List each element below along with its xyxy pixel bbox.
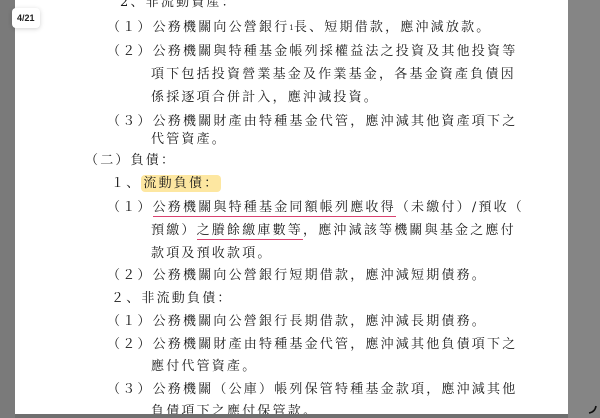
nc-liab-item-1: （１）公務機關向公營銀行長期借款，應沖減長期債務。 bbox=[107, 313, 487, 331]
heading-liabilities: （二）負債： bbox=[85, 152, 176, 170]
heading-current-liabilities: １、流動負債： bbox=[111, 175, 221, 193]
line-text: 長、短期借款，應沖減放款。 bbox=[294, 20, 492, 35]
highlight-current-liabilities[interactable]: 流動負債： bbox=[141, 175, 221, 192]
line-text: （二）負債： bbox=[85, 153, 176, 168]
line-text: （２）公務機關財產由特種基金代管，應沖減其他負債項下之 bbox=[107, 337, 517, 352]
item-1-loans: （１）公務機關向公營銀行1長、短期借款，應沖減放款。 bbox=[107, 19, 491, 37]
page-bottom-edge bbox=[15, 414, 568, 418]
item-2-cont-1: 項下包括投資營業基金及作業基金，各基金資產負債因 bbox=[151, 66, 516, 84]
resize-handle-icon[interactable] bbox=[588, 404, 598, 414]
nc-liab-item-2-cont: 應付代管資產。 bbox=[151, 358, 257, 376]
line-text: 預繳） bbox=[151, 223, 197, 238]
viewer-right-margin bbox=[568, 0, 600, 418]
line-text: 款項及預收款項。 bbox=[151, 246, 273, 261]
line-text: （２）公務機關向公營銀行短期借款，應沖減短期債務。 bbox=[107, 268, 487, 283]
nc-liab-item-3: （３）公務機關（公庫）帳列保管特種基金款項，應沖減其他 bbox=[107, 381, 517, 399]
line-text: ，應沖減該等機關與基金之應付 bbox=[303, 223, 516, 238]
item-2-cont-2: 係採逐項合併計入，應沖減投資。 bbox=[151, 89, 379, 107]
line-text: （１）公務機關向公營銀行長期借款，應沖減長期債務。 bbox=[107, 314, 487, 329]
line-text: （１）公務機關向公營銀行 bbox=[107, 20, 289, 35]
item-3-custody-assets: （３）公務機關財產由特種基金代管，應沖減其他資產項下之 bbox=[107, 113, 517, 131]
underline-annotation-2[interactable]: 之賸餘繳庫數等 bbox=[197, 223, 303, 240]
liab-item-2-short-term: （２）公務機關向公營銀行短期借款，應沖減短期債務。 bbox=[107, 267, 487, 285]
liab-item-1: （１）公務機關與特種基金同額帳列應收得（未繳付）/預收（ bbox=[107, 199, 524, 217]
underline-annotation-1[interactable]: 公務機關與特種基金同額帳列應收得 bbox=[153, 200, 396, 217]
liab-item-1-cont-1: 預繳）之賸餘繳庫數等，應沖減該等機關與基金之應付 bbox=[151, 222, 516, 240]
line-text: 應付代管資產。 bbox=[151, 359, 257, 374]
viewer-left-margin bbox=[0, 0, 15, 418]
line-text: 係採逐項合併計入，應沖減投資。 bbox=[151, 90, 379, 105]
line-text: （未繳付）/預收（ bbox=[396, 200, 524, 215]
line-text: １、 bbox=[111, 176, 141, 191]
line-text: （３）公務機關財產由特種基金代管，應沖減其他資產項下之 bbox=[107, 114, 517, 129]
line-text: 代管資產。 bbox=[151, 132, 227, 147]
line-text: （２）公務機關與特種基金帳列採權益法之投資及其他投資等 bbox=[107, 44, 517, 59]
document-page: 2、非流動資產： （１）公務機關向公營銀行1長、短期借款，應沖減放款。 （２）公… bbox=[15, 0, 568, 418]
line-text: （１） bbox=[107, 200, 153, 215]
line-text: 2、非流動資產： bbox=[120, 0, 237, 10]
item-3-cont: 代管資產。 bbox=[151, 131, 227, 149]
heading-non-current-assets: 2、非流動資產： bbox=[120, 0, 237, 12]
nc-liab-item-2: （２）公務機關財產由特種基金代管，應沖減其他負債項下之 bbox=[107, 336, 517, 354]
item-2-investments: （２）公務機關與特種基金帳列採權益法之投資及其他投資等 bbox=[107, 43, 517, 61]
line-text: ２、非流動負債： bbox=[111, 291, 233, 306]
liab-item-1-cont-2: 款項及預收款項。 bbox=[151, 245, 273, 263]
heading-non-current-liabilities: ２、非流動負債： bbox=[111, 290, 233, 308]
page-indicator: 4/21 bbox=[12, 8, 40, 28]
line-text: 項下包括投資營業基金及作業基金，各基金資產負債因 bbox=[151, 67, 516, 82]
line-text: （３）公務機關（公庫）帳列保管特種基金款項，應沖減其他 bbox=[107, 382, 517, 397]
